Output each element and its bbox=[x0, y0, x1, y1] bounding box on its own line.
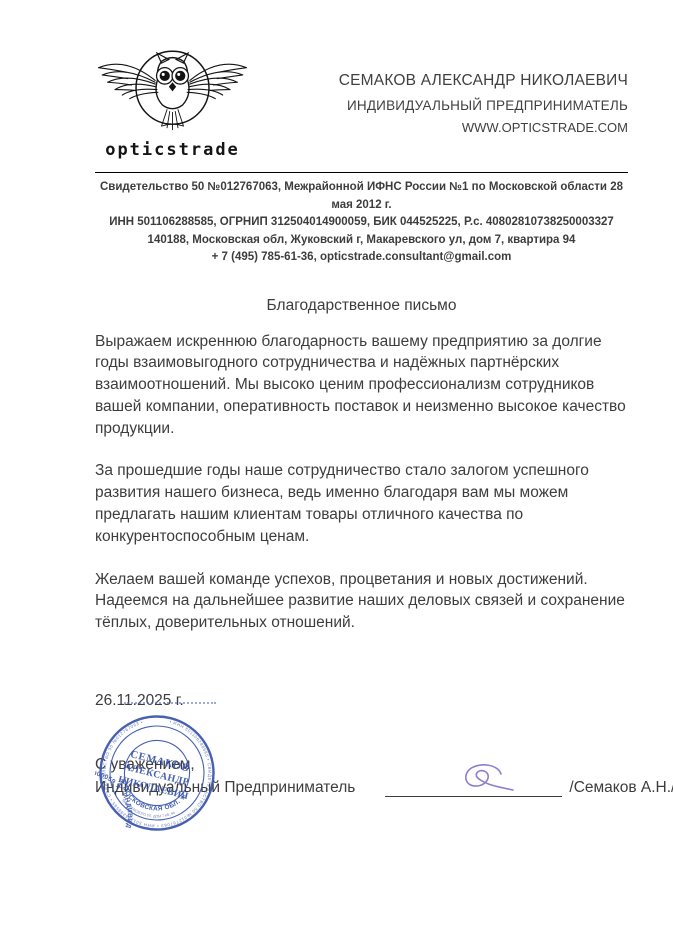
letterhead: opticstrade СЕМАКОВ АЛЕКСАНДР НИКОЛАЕВИЧ… bbox=[0, 0, 673, 160]
handwritten-signature bbox=[443, 761, 525, 799]
letterhead-right: СЕМАКОВ АЛЕКСАНДР НИКОЛАЕВИЧ ИНДИВИДУАЛЬ… bbox=[339, 42, 628, 135]
round-stamp: • ИНН 501106288585 • СВИДЕТЕЛЬСТВО 50 №0… bbox=[84, 700, 229, 845]
entrepreneur-name: СЕМАКОВ АЛЕКСАНДР НИКОЛАЕВИЧ bbox=[339, 72, 628, 90]
contact-block: Свидетельство 50 №012767063, Межрайонной… bbox=[0, 179, 673, 267]
letter-body: Выражаем искреннюю благодарность вашему … bbox=[0, 331, 673, 635]
company-logo: opticstrade bbox=[95, 42, 250, 160]
letter-page: opticstrade СЕМАКОВ АЛЕКСАНДР НИКОЛАЕВИЧ… bbox=[0, 0, 673, 952]
registration-line: Свидетельство 50 №012767063, Межрайонной… bbox=[90, 179, 633, 214]
header-divider bbox=[95, 172, 628, 173]
inn-ogrnip-line: ИНН 501106288585, ОГРНИП 312504014900059… bbox=[90, 214, 633, 232]
paragraph-3: Желаем вашей команде успехов, процветани… bbox=[95, 569, 628, 634]
paragraph-2: За прошедшие годы наше сотрудничество ст… bbox=[95, 460, 628, 547]
letter-title: Благодарственное письмо bbox=[95, 297, 628, 315]
paragraph-1: Выражаем искреннюю благодарность вашему … bbox=[95, 331, 628, 440]
phone-email-line: + 7 (495) 785-61-36, opticstrade.consult… bbox=[90, 249, 633, 267]
stamp-smudge-row bbox=[124, 702, 216, 704]
signature-line bbox=[385, 777, 562, 797]
signer-name: /Семаков А.Н./ bbox=[569, 779, 673, 797]
logo-wordmark: opticstrade bbox=[95, 140, 250, 160]
website-url: WWW.OPTICSTRADE.COM bbox=[339, 120, 628, 135]
stamp-area: • ИНН 501106288585 • СВИДЕТЕЛЬСТВО 50 №0… bbox=[97, 702, 227, 833]
entrepreneur-title: ИНДИВИДУАЛЬНЫЙ ПРЕДПРИНИМАТЕЛЬ bbox=[339, 98, 628, 113]
owl-logo-icon bbox=[95, 42, 250, 138]
address-line: 140188, Московская обл, Жуковский г, Мак… bbox=[90, 232, 633, 250]
